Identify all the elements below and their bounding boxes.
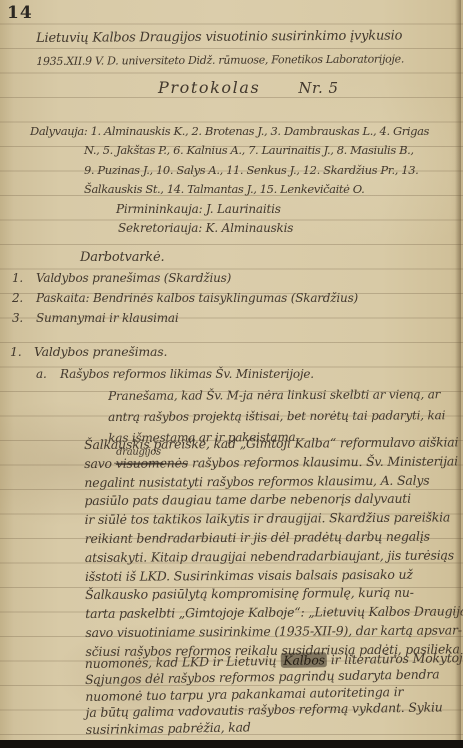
page-right-edge-shadow <box>455 0 461 748</box>
participants-line: N., 5. Jakštas P., 6. Kalnius A., 7. Lau… <box>84 141 429 160</box>
agenda-block: Darbotvarkė. 1.Valdybos pranešimas (Skar… <box>12 248 358 328</box>
agenda-item-number: 3. <box>12 308 26 328</box>
agenda-item-number: 1. <box>12 268 26 288</box>
body-line: Pranešama, kad Šv. M-ja nėra linkusi ske… <box>108 384 445 407</box>
scanned-protocol-page: 14 Lietuvių Kalbos Draugijos visuotinio … <box>0 0 463 748</box>
agenda-item: 3.Sumanymai ir klausimai <box>12 308 358 328</box>
section-title: Valdybos pranešimas. <box>34 344 167 359</box>
document-header: Lietuvių Kalbos Draugijos visuotinio sus… <box>36 24 404 73</box>
agenda-title: Darbotvarkė. <box>80 248 358 268</box>
scan-bottom-edge <box>0 740 463 748</box>
protocol-title-row: ProtokolasNr. 5 <box>158 78 339 97</box>
participants-line: Šalkauskis St., 14. Talmantas J., 15. Le… <box>84 180 429 199</box>
protocol-number: Nr. 5 <box>298 79 338 97</box>
correction-suffix: rašybos reformos klausimu. Šv. Ministeri… <box>192 453 458 470</box>
participants-line: 9. Puzinas J., 10. Salys A., 11. Senkus … <box>84 161 429 180</box>
inserted-word-above-line: draugijos <box>114 443 163 463</box>
agenda-item: 1.Valdybos pranešimas (Skardžius) <box>12 268 358 288</box>
body-line: antrą rašybos projektą ištisai, bet norė… <box>108 405 445 428</box>
header-line-1: Lietuvių Kalbos Draugijos visuotinio sus… <box>36 24 404 50</box>
blotted-word: Kalbos <box>281 652 327 668</box>
agenda-item-number: 2. <box>12 288 26 308</box>
page-number: 14 <box>7 3 33 23</box>
correction-prefix: savo <box>84 456 112 471</box>
body-section-headings: 1.Valdybos pranešimas. a.Rašybos reformo… <box>10 340 314 386</box>
subsection-title: Rašybos reformos likimas Šv. Ministerijo… <box>60 367 314 381</box>
agenda-item: 2.Paskaita: Bendrinės kalbos taisyklingu… <box>12 288 358 308</box>
chair-line: Pirmininkauja: J. Laurinaitis <box>116 200 429 219</box>
section-number: 1. <box>10 340 24 363</box>
subsection-heading: a.Rašybos reformos likimas Šv. Ministeri… <box>36 363 314 386</box>
protocol-title: Protokolas <box>158 78 260 97</box>
blot-suffix: ir literatūros Mokytojų <box>331 650 463 667</box>
subsection-letter: a. <box>36 363 50 386</box>
header-line-2: 1935.XII.9 V. D. universiteto Didž. rūmu… <box>36 47 404 73</box>
secretary-line: Sekretoriauja: K. Alminauskis <box>118 219 429 238</box>
agenda-item-text: Valdybos pranešimas (Skardžius) <box>36 271 231 285</box>
body-paragraph-resolution: nuomonės, kad LKD ir LietuviųKalbosir li… <box>85 650 463 738</box>
section-heading: 1.Valdybos pranešimas. <box>10 340 314 363</box>
body-paragraph-discussion: Šalkauskis pareiškė, kad „Gimtoji Kalba“… <box>84 433 463 661</box>
participants-block: Dalyvauja: 1. Alminauskis K., 2. Brotena… <box>30 122 429 238</box>
agenda-item-text: Sumanymai ir klausimai <box>36 311 179 325</box>
participants-line: Dalyvauja: 1. Alminauskis K., 2. Brotena… <box>30 122 429 141</box>
agenda-item-text: Paskaita: Bendrinės kalbos taisyklinguma… <box>36 291 358 305</box>
blot-prefix: nuomonės, kad LKD ir Lietuvių <box>85 653 277 671</box>
